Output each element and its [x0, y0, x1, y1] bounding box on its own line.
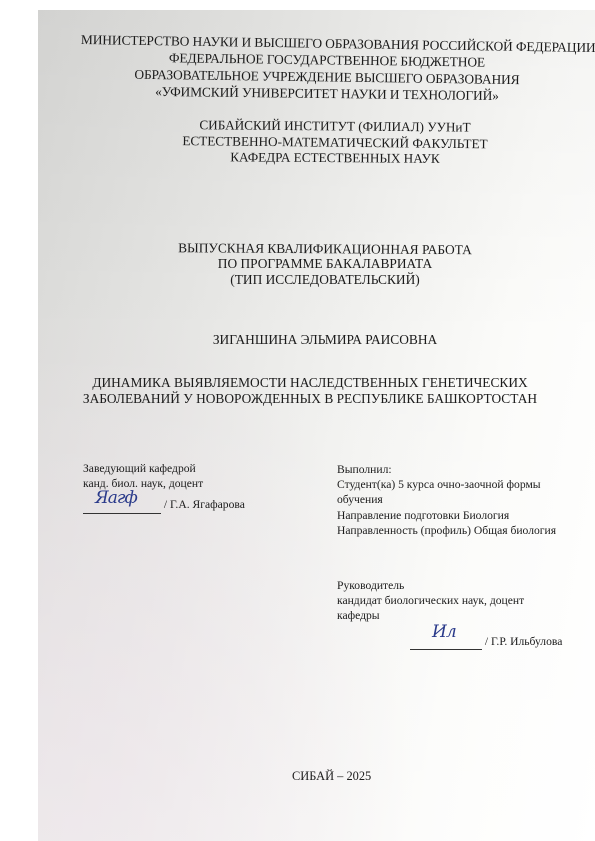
head-of-department-block: Заведующий кафедрой канд. биол. наук, до… [83, 461, 245, 514]
head-role: Заведующий кафедрой [83, 461, 245, 476]
head-signature: Яагф [95, 491, 137, 506]
thesis-title-line-1: ДИНАМИКА ВЫЯВЛЯЕМОСТИ НАСЛЕДСТВЕННЫХ ГЕН… [60, 375, 560, 391]
supervisor-signature-row: Ил / Г.Р. Ильбулова [410, 634, 562, 650]
program-line: ПО ПРОГРАММЕ БАКАЛАВРИАТА [150, 256, 500, 272]
supervisor-degree: кандидат биологических наук, доцент [337, 593, 524, 608]
performer-profile: Направленность (профиль) Общая биология [337, 523, 556, 538]
department-line: КАФЕДРА ЕСТЕСТВЕННЫХ НАУК [170, 149, 500, 167]
performer-direction: Направление подготовки Биология [337, 508, 556, 523]
author-name: ЗИГАНШИНА ЭЛЬМИРА РАИСОВНА [150, 332, 500, 348]
head-name: / Г.А. Ягафарова [164, 498, 245, 511]
thesis-title-line-2: ЗАБОЛЕВАНИЙ У НОВОРОЖДЕННЫХ В РЕСПУБЛИКЕ… [60, 391, 560, 407]
supervisor-position: кафедры [337, 608, 524, 623]
performer-course: Студент(ка) 5 курса очно-заочной формы [337, 477, 556, 492]
performer-label: Выполнил: [337, 462, 556, 477]
supervisor-signature: Ил [432, 625, 456, 640]
supervisor-role: Руководитель [337, 578, 524, 593]
supervisor-name: / Г.Р. Ильбулова [485, 635, 562, 648]
performer-form: обучения [337, 492, 556, 507]
performer-block: Выполнил: Студент(ка) 5 курса очно-заочн… [337, 462, 556, 538]
research-type-line: (ТИП ИССЛЕДОВАТЕЛЬСКИЙ) [150, 272, 500, 288]
supervisor-block: Руководитель кандидат биологических наук… [337, 578, 524, 624]
city-year: СИБАЙ – 2025 [292, 769, 371, 784]
